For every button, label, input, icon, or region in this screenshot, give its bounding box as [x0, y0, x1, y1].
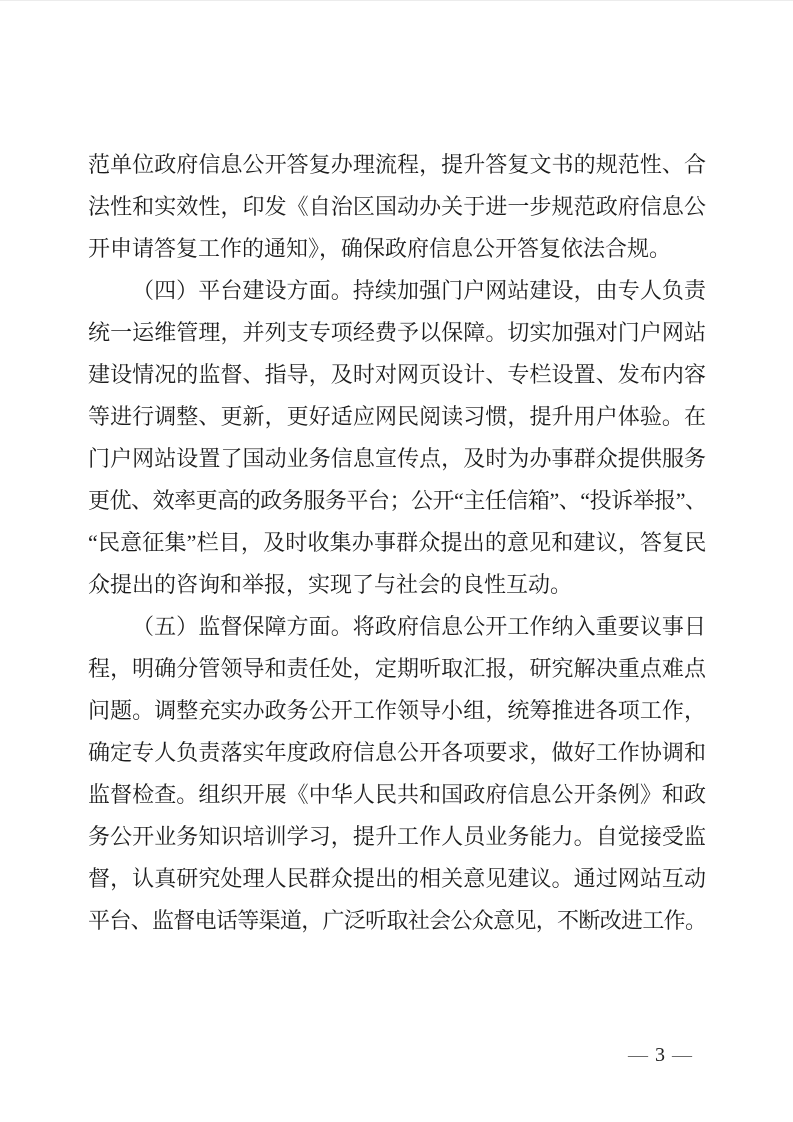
- text-line: “民意征集”栏目，及时收集办事群众提出的意见和建议，答复民: [88, 522, 706, 564]
- footer-dash-left: —: [621, 1044, 655, 1066]
- text-line: 问题。调整充实办政务公开工作领导小组，统筹推进各项工作，: [88, 690, 706, 732]
- section-title-line: （五）监督保障方面。将政府信息公开工作纳入重要议事日: [88, 606, 706, 648]
- text-line: 范单位政府信息公开答复办理流程，提升答复文书的规范性、合: [88, 144, 706, 186]
- text-line: 众提出的咨询和举报，实现了与社会的良性互动。: [88, 564, 706, 606]
- text-line: 程，明确分管领导和责任处，定期听取汇报，研究解决重点难点: [88, 648, 706, 690]
- document-page: 范单位政府信息公开答复办理流程，提升答复文书的规范性、合 法性和实效性，印发《自…: [0, 0, 793, 1122]
- text-line: 门户网站设置了国动业务信息宣传点，及时为办事群众提供服务: [88, 438, 706, 480]
- page-footer: —3—: [600, 1042, 720, 1068]
- text-line: 统一运维管理，并列支专项经费予以保障。切实加强对门户网站: [88, 312, 706, 354]
- text-line: 开申请答复工作的通知》，确保政府信息公开答复依法合规。: [88, 228, 706, 270]
- text-line: 法性和实效性，印发《自治区国动办关于进一步规范政府信息公: [88, 186, 706, 228]
- footer-dash-right: —: [665, 1044, 699, 1066]
- footer-page-number: 3: [655, 1044, 665, 1066]
- section-title-line: （四）平台建设方面。持续加强门户网站建设，由专人负责: [88, 270, 706, 312]
- text-line: 监督检查。组织开展《中华人民共和国政府信息公开条例》和政: [88, 774, 706, 816]
- body-text: 范单位政府信息公开答复办理流程，提升答复文书的规范性、合 法性和实效性，印发《自…: [88, 144, 706, 942]
- text-line: 平台、监督电话等渠道，广泛听取社会公众意见，不断改进工作。: [88, 900, 706, 942]
- text-line: 等进行调整、更新，更好适应网民阅读习惯，提升用户体验。在: [88, 396, 706, 438]
- text-line: 督，认真研究处理人民群众提出的相关意见建议。通过网站互动: [88, 858, 706, 900]
- text-line: 务公开业务知识培训学习，提升工作人员业务能力。自觉接受监: [88, 816, 706, 858]
- text-line: 建设情况的监督、指导，及时对网页设计、专栏设置、发布内容: [88, 354, 706, 396]
- text-line: 确定专人负责落实年度政府信息公开各项要求，做好工作协调和: [88, 732, 706, 774]
- text-line: 更优、效率更高的政务服务平台；公开“主任信箱”、“投诉举报”、: [88, 480, 706, 522]
